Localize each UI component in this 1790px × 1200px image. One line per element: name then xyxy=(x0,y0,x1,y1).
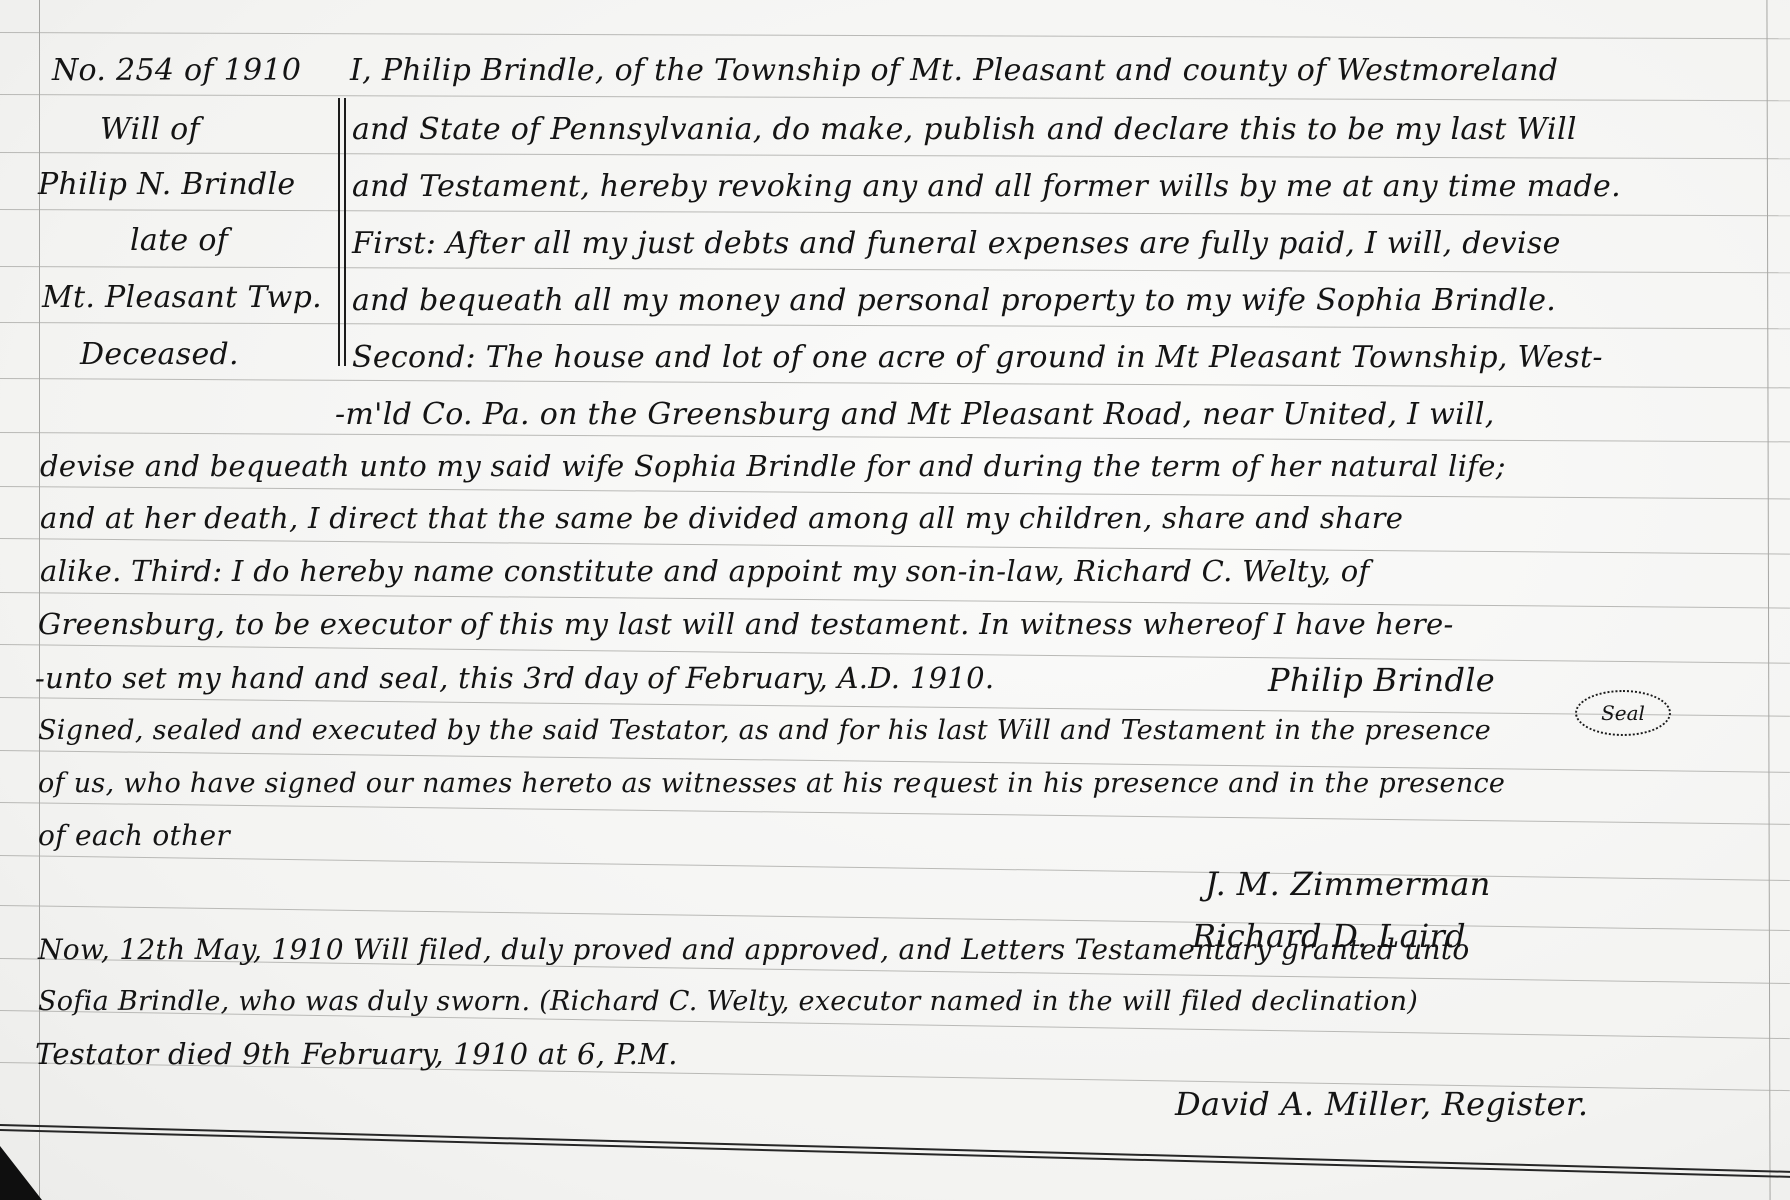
body-line-1: I, Philip Brindle, of the Township of Mt… xyxy=(350,56,1558,86)
ruled-line xyxy=(0,697,1790,717)
body-line-7: -m'ld Co. Pa. on the Greensburg and Mt P… xyxy=(335,400,1495,430)
filing-line-2: Sofia Brindle, who was duly sworn. (Rich… xyxy=(38,988,1418,1015)
filing-line-1: Now, 12th May, 1910 Will filed, duly pro… xyxy=(38,936,1470,964)
margin-residence: Mt. Pleasant Twp. xyxy=(42,283,322,313)
ruled-line xyxy=(0,152,1790,159)
ruled-line xyxy=(0,905,1790,931)
will-number: No. 254 of 1910 xyxy=(52,56,301,86)
ruled-line xyxy=(0,432,1790,442)
body-line-4: First: After all my just debts and funer… xyxy=(352,229,1561,259)
register-signature: David A. Miller, Register. xyxy=(1175,1088,1588,1120)
body-line-10: alike. Third: I do hereby name constitut… xyxy=(40,557,1370,586)
margin-testator-name: Philip N. Brindle xyxy=(38,170,295,200)
seal-mark: Seal xyxy=(1575,690,1671,736)
attestation-line-3: of each other xyxy=(38,822,230,850)
ruled-line xyxy=(0,538,1790,555)
margin-will-of: Will of xyxy=(100,115,200,145)
body-line-5: and bequeath all my money and personal p… xyxy=(352,286,1556,316)
right-margin-rule xyxy=(1766,0,1770,1200)
seal-label: Seal xyxy=(1601,701,1645,725)
body-line-8: devise and bequeath unto my said wife So… xyxy=(40,452,1506,481)
ledger-page: No. 254 of 1910 Will of Philip N. Brindl… xyxy=(0,0,1790,1200)
body-line-11: Greensburg, to be executor of this my la… xyxy=(38,610,1454,639)
ruled-line xyxy=(0,486,1790,499)
ruled-line xyxy=(0,32,1790,39)
ruled-line xyxy=(0,855,1790,881)
ruled-line xyxy=(0,322,1790,329)
body-line-9: and at her death, I direct that the same… xyxy=(40,504,1403,533)
ruled-line xyxy=(0,266,1790,273)
ruled-line xyxy=(0,94,1790,101)
margin-divider-bar xyxy=(344,98,346,366)
body-line-6: Second: The house and lot of one acre of… xyxy=(352,343,1603,373)
ruled-line xyxy=(0,378,1790,388)
attestation-line-2: of us, who have signed our names hereto … xyxy=(38,770,1505,797)
margin-deceased: Deceased. xyxy=(80,340,239,370)
scan-corner-shadow xyxy=(0,1146,42,1200)
testator-signature: Philip Brindle xyxy=(1268,664,1495,696)
witness-signature-1: J. M. Zimmerman xyxy=(1205,868,1491,900)
bottom-double-rule xyxy=(0,1124,1790,1179)
body-line-3: and Testament, hereby revoking any and a… xyxy=(352,172,1621,202)
margin-late-of: late of xyxy=(130,226,228,256)
body-line-2: and State of Pennsylvania, do make, publ… xyxy=(352,115,1577,145)
body-line-12: -unto set my hand and seal, this 3rd day… xyxy=(35,664,994,693)
ruled-line xyxy=(0,802,1790,825)
attestation-line-1: Signed, sealed and executed by the said … xyxy=(38,717,1491,744)
filing-line-3: Testator died 9th February, 1910 at 6, P… xyxy=(35,1040,678,1069)
ruled-line xyxy=(0,209,1790,216)
margin-divider-bar xyxy=(338,98,340,366)
